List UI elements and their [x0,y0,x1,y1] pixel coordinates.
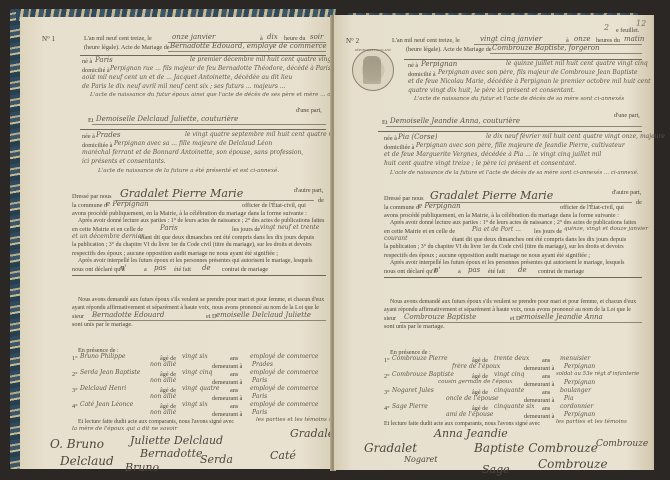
domicile-label: domicilié à [82,67,110,74]
witness-num: 3° [72,387,78,394]
publication-days-hw: vingt neuf et trente [260,224,319,231]
witness-ans-label: ans [542,405,550,412]
dresse-prefix: Dressé par nous [72,193,112,200]
union-bride-hw: emoiselle Delclaud Juliette [216,311,311,319]
witness-place-hw: Perpignan [564,363,595,370]
officer-name-hw: Gradalet Pierre Marie [430,189,553,202]
witness-age-hw: cinquante [494,387,524,394]
bride-prefix: Et [382,119,388,126]
form-line: avons procédé publiquement, en la Mairie… [384,212,619,219]
open-register-book: N° 1 L'an mil neuf cent treize, le onze … [8,5,663,475]
form-line: nous ont déclaré qu'il [384,268,437,275]
officier-suffix: officier de l'État-civil, qui [242,202,306,209]
groom-domicile-hw-2: août mil neuf cent un et de ... Jacquet … [82,74,292,81]
witness-profession-hw: employé de commerce [250,401,318,408]
witness-name-hw: Serda Jean Baptiste [80,369,140,376]
act-hour-hw: dix [267,33,278,41]
union-line: sont unis par le mariage. [72,321,133,328]
ne-label: né à [408,62,418,69]
bride-domicile-hw-1: Perpignan avec son père, fille majeure d… [416,142,625,149]
witness-name-hw: Caté Jean Léonce [80,401,133,408]
signature: Baptiste Combrouze [474,441,598,455]
witness-dem-label: demeurant à [524,365,554,372]
bride-ne-label: née à [82,133,95,140]
witness-status-hw: non allié [150,393,176,400]
witness-num: 2° [384,373,390,380]
hour-label: à [260,35,263,42]
signature: Combrouze [538,457,608,471]
publication-days-hw: quinze, vingt et douze janvier [564,226,648,232]
witness-dem-label: demeurant à [212,395,242,402]
witness-dem-label: demeurant à [524,381,554,388]
witness-age-hw: vingt six [182,401,208,408]
union-bride-hw: emoiselle Jeandie Anna [520,313,603,321]
form-line: la publication ; 3° du chapitre VI du li… [384,244,624,251]
union-groom-hw: Combrouze Baptiste [404,313,476,321]
domicile-label: domicilié à [408,71,436,78]
form-line: en cette Mairie et en celle de [72,226,143,233]
left-page: N° 1 L'an mil neuf cent treize, le onze … [20,17,332,469]
union-et-label: et D [510,315,520,322]
bride-domicile-hw-3: ici présents et consentants. [82,158,166,165]
witness-status-hw: oncle de l'épouse [446,395,499,402]
bride-domicile-hw-2: et de feue Marguerite Vergnes, décédée à… [384,151,601,158]
form-line: respectifs des époux ; aucune opposition… [384,252,590,259]
bride-domicile-hw-3: huit cent quatre vingt treize ; le père … [384,160,576,167]
form-line: Après avoir interpellé les futurs époux … [390,260,624,267]
contract-hw-1: n' [434,266,440,274]
contract-a-label: a [144,266,147,273]
witness-profession-hw: employé de commerce [250,353,318,360]
lecture-hw: les parties et les témoins [556,419,627,425]
lecture-hw: les parties et les témoins sauf [256,417,341,423]
witness-name-hw: Combrouze Baptiste [392,371,454,378]
act-line1-prefix: L'an mil neuf cent treize, le [392,37,460,44]
commune-hw: e Perpignan [106,200,149,208]
groom-domicile-hw-1: Perpignan avec son père, fils majeur de … [438,69,638,76]
witness-status-hw: non allié [150,361,176,368]
witness-ans-label: ans [542,357,550,364]
signature: Caté [270,449,296,462]
witness-status-hw: frère de l'époux [452,363,500,370]
bride-note-hw: L'acte de naissance de la future et l'ac… [390,170,639,176]
signature: Bruno [125,461,159,474]
witness-profession-hw: employé de commerce [250,369,318,376]
right-page: N° 2 2 e feuillet. 12 RÉPUBLIQUE FRANÇAI… [334,15,654,470]
witness-profession-hw: boulanger [560,387,591,394]
de-label: de [318,197,324,204]
ne-label: né à [82,58,92,65]
bride-birthplace-hw: Prades [96,131,120,139]
form-line: Après avoir interpellé les futurs époux … [78,258,312,265]
de-label: de [636,199,642,206]
witness-place-hw: Prades [252,361,273,368]
publication-place-hw: Paris [160,224,178,232]
form-line: respectifs des époux ; aucune opposition… [72,250,278,257]
witness-ans-label: ans [542,389,550,396]
groom-domicile-hw-1: Perpignan rue ... fils majeur de feu Ber… [110,65,356,72]
publication-days-label: les jours de [232,226,260,233]
witness-place-hw: Paris [252,393,267,400]
witness-name-hw: Combrouze Pierre [392,355,448,362]
witness-place-hw: Paris [252,377,267,384]
groom-birthdate-hw: le premier décembre mil huit cent quatre… [190,56,351,63]
signature: Gradalet [364,441,417,455]
union-line: sieur [384,315,396,322]
union-line: Nous avons demandé aux futurs époux s'il… [390,299,636,306]
publication-month-hw: et un décembre dernier [72,233,144,240]
dresse-prefix: Dressé par nous [384,195,424,202]
union-line: sieur [72,313,84,320]
witness-name-hw: Bruno Philippe [80,353,125,360]
witness-status-hw: non allié [150,409,176,416]
act-number: N° 1 [42,35,55,43]
folio-label: e feuillet. [616,27,639,34]
form-line: la publication ; 3° du chapitre VI du li… [72,242,312,249]
act-hour-hw: onze [574,35,591,43]
groom-birthplace-hw: Paris [95,56,113,64]
heure-label: heure du [284,35,305,42]
union-groom-hw: Bernadotte Edouard [92,311,164,319]
witness-age-hw: trente deux [494,355,529,362]
act-line1-prefix: L'an mil neuf cent treize, le [84,35,152,42]
une-part-label: d'une part, [296,107,322,114]
bride-domicile-hw-1: Perpignan avec sa ... fille majeure de D… [114,140,272,147]
form-line: en cette Mairie et en celle de [384,228,455,235]
witness-dem-label: demeurant à [524,413,554,420]
union-line: sont unis par le mariage. [384,323,445,330]
witness-status-hw: non allié [150,377,176,384]
signature: Juliette Delclaud [130,434,223,447]
witness-name-hw: Sage Pierre [392,403,428,410]
bride-birthplace-hw: Pia (Corse) [398,133,437,141]
witness-num: 4° [384,405,390,412]
witness-dem-label: demeurant à [212,411,242,418]
groom-birthplace-hw: Perpignan [421,60,457,68]
signature: Combrouze [596,439,648,449]
signature: O. Bruno [50,437,104,451]
groom-name-hw: Bernadotte Edouard, employé de commerce [170,42,327,50]
witness-place-hw: Paris [252,409,267,416]
witness-dem-label: demeurant à [212,363,242,370]
act-date-hw: vingt cinq janvier [480,35,542,43]
witness-ans-label: ans [230,371,238,378]
contract-hw-3: de [518,266,527,274]
witness-status-hw: cousin germain de l'époux [438,379,513,385]
commune-hw: e Perpignan [418,202,461,210]
folio-hw: 12 [636,19,646,28]
une-part-label: d'une part, [614,112,640,119]
bride-birthdate-hw: le dix neuf février mil huit cent quatre… [486,133,665,140]
witness-num: 4° [72,403,78,410]
republique-francaise-stamp: RÉPUBLIQUE FRANÇAISE [352,49,394,91]
witness-num: 1° [72,355,78,362]
union-et-label: et D [206,313,216,320]
witness-age-hw: vingt quatre [182,385,219,392]
witness-age-hw: vingt cinq [182,369,212,376]
form-line: étant dit que deux dimanches ont été com… [452,236,626,243]
witness-ans-label: ans [230,387,238,394]
bride-domicile-label: domiciliée à [384,144,414,151]
bride-name-hw: Demoiselle Delclaud Juliette, couturière [96,115,238,123]
contract-hw-2: pas [154,264,166,272]
publication-days-label: les jours de [534,228,562,235]
contract-fait-label: été fait [174,266,191,273]
witness-profession-hw: cordonnier [560,403,593,410]
witness-place-hw: Perpignan [564,411,595,418]
witness-status-hw: ami de l'épouse [446,411,493,418]
signature: Sage [482,463,510,476]
witness-ans-label: ans [542,373,550,380]
groom-birthdate-hw: le quinze juillet mil huit cent quatre v… [506,60,648,67]
contract-hw-2: pas [468,266,480,274]
act-line2-prefix: (heure légale). Acte de Mariage de [84,44,170,51]
hour-label: à [566,37,569,44]
stamp-text: RÉPUBLIQUE FRANÇAISE [353,48,393,52]
form-line: nous ont déclaré qu'il [72,266,125,273]
groom-name-hw: Combrouze Baptiste, forgeron [492,44,600,52]
officer-name-hw: Gradalet Pierre Marie [120,187,243,200]
contract-suffix: contrat de mariage [538,268,584,275]
lecture-text: Et lecture faite dudit acte aux comparan… [78,419,234,426]
groom-domicile-hw-2: et de feue Nicolau Marie, décédée à Perp… [408,78,651,85]
witness-ans-label: ans [230,403,238,410]
publication-place-hw: Pia et de Port ... [472,226,521,233]
commune-prefix: la commune d [72,202,107,209]
witness-age-hw: cinquante six [494,403,535,410]
period-hw: matin [624,35,644,43]
act-number: N° 2 [346,37,359,45]
contract-hw-1: n' [120,264,126,272]
witness-num: 3° [384,389,390,396]
witness-name-hw: Nogaret Jules [392,387,434,394]
signature: Nogaret [404,455,437,464]
witness-place-hw: Perpignan [564,379,595,386]
bride-domicile-hw-2: maréchal ferrant et de Bonnard Antoinett… [82,149,303,156]
bride-ne-label: née à [384,135,397,142]
lecture-hw-2: la mère de l'époux qui a dit ne savoir [72,426,177,432]
groom-note-hw: L'acte de naissance du futur et l'acte d… [414,96,624,102]
officier-suffix: officier de l'État-civil, qui [560,204,624,211]
groom-domicile-hw-3: de Paris le dix neuf avril mil neuf cent… [82,83,286,90]
union-line: Nous avons demandé aux futurs époux s'il… [78,297,324,304]
witness-profession-hw: menuisier [560,355,590,362]
witness-ans-label: ans [230,355,238,362]
form-line: étant dit que deux dimanches ont été com… [140,234,314,241]
witness-age-hw: vingt cinq [494,371,524,378]
signature: Serda [200,453,233,466]
signature: Delclaud [60,454,114,468]
bride-prefix: Et [88,117,94,124]
act-line2-prefix: (heure légale). Acte de Mariage de [406,46,492,53]
witness-age-hw: vingt six [182,353,208,360]
witness-profession-hw: employé de commerce [250,385,318,392]
witness-num: 2° [72,371,78,378]
contract-fait-label: été fait [488,268,505,275]
marianne-seal-icon [363,56,381,84]
page-number-hw: 2 [604,23,609,32]
witness-place-hw: Pia [564,395,574,402]
autre-part-label: d'autre part, [612,189,641,196]
bride-note-hw: L'acte de naissance de la future a été p… [98,168,279,174]
autre-part-label: d'autre part, [294,187,323,194]
heure-label: heures du [596,37,620,44]
period-hw: soir [310,33,323,41]
contract-suffix: contrat de mariage [222,266,268,273]
witness-profession-hw: soldat au 53e régt d'infanterie [556,371,639,377]
contract-a-label: a [458,268,461,275]
act-date-hw: onze janvier [172,33,215,41]
witness-num: 1° [384,357,390,364]
commune-prefix: la commune d [384,204,419,211]
publication-month-hw: courant [384,235,408,242]
contract-hw-3: de [202,264,211,272]
bride-name-hw: Demoiselle Jeandie Anna, couturière [390,117,520,125]
witness-name-hw: Delclaud Henri [80,385,126,392]
form-line: avons procédé publiquement, en la Mairie… [72,210,307,217]
signature: Bernadotte [140,447,203,460]
bride-domicile-label: domiciliée à [82,142,112,149]
signature: Anna Jeandie [434,427,508,440]
groom-domicile-hw-3: quatre vingt dix huit, le père ici prése… [408,87,575,94]
